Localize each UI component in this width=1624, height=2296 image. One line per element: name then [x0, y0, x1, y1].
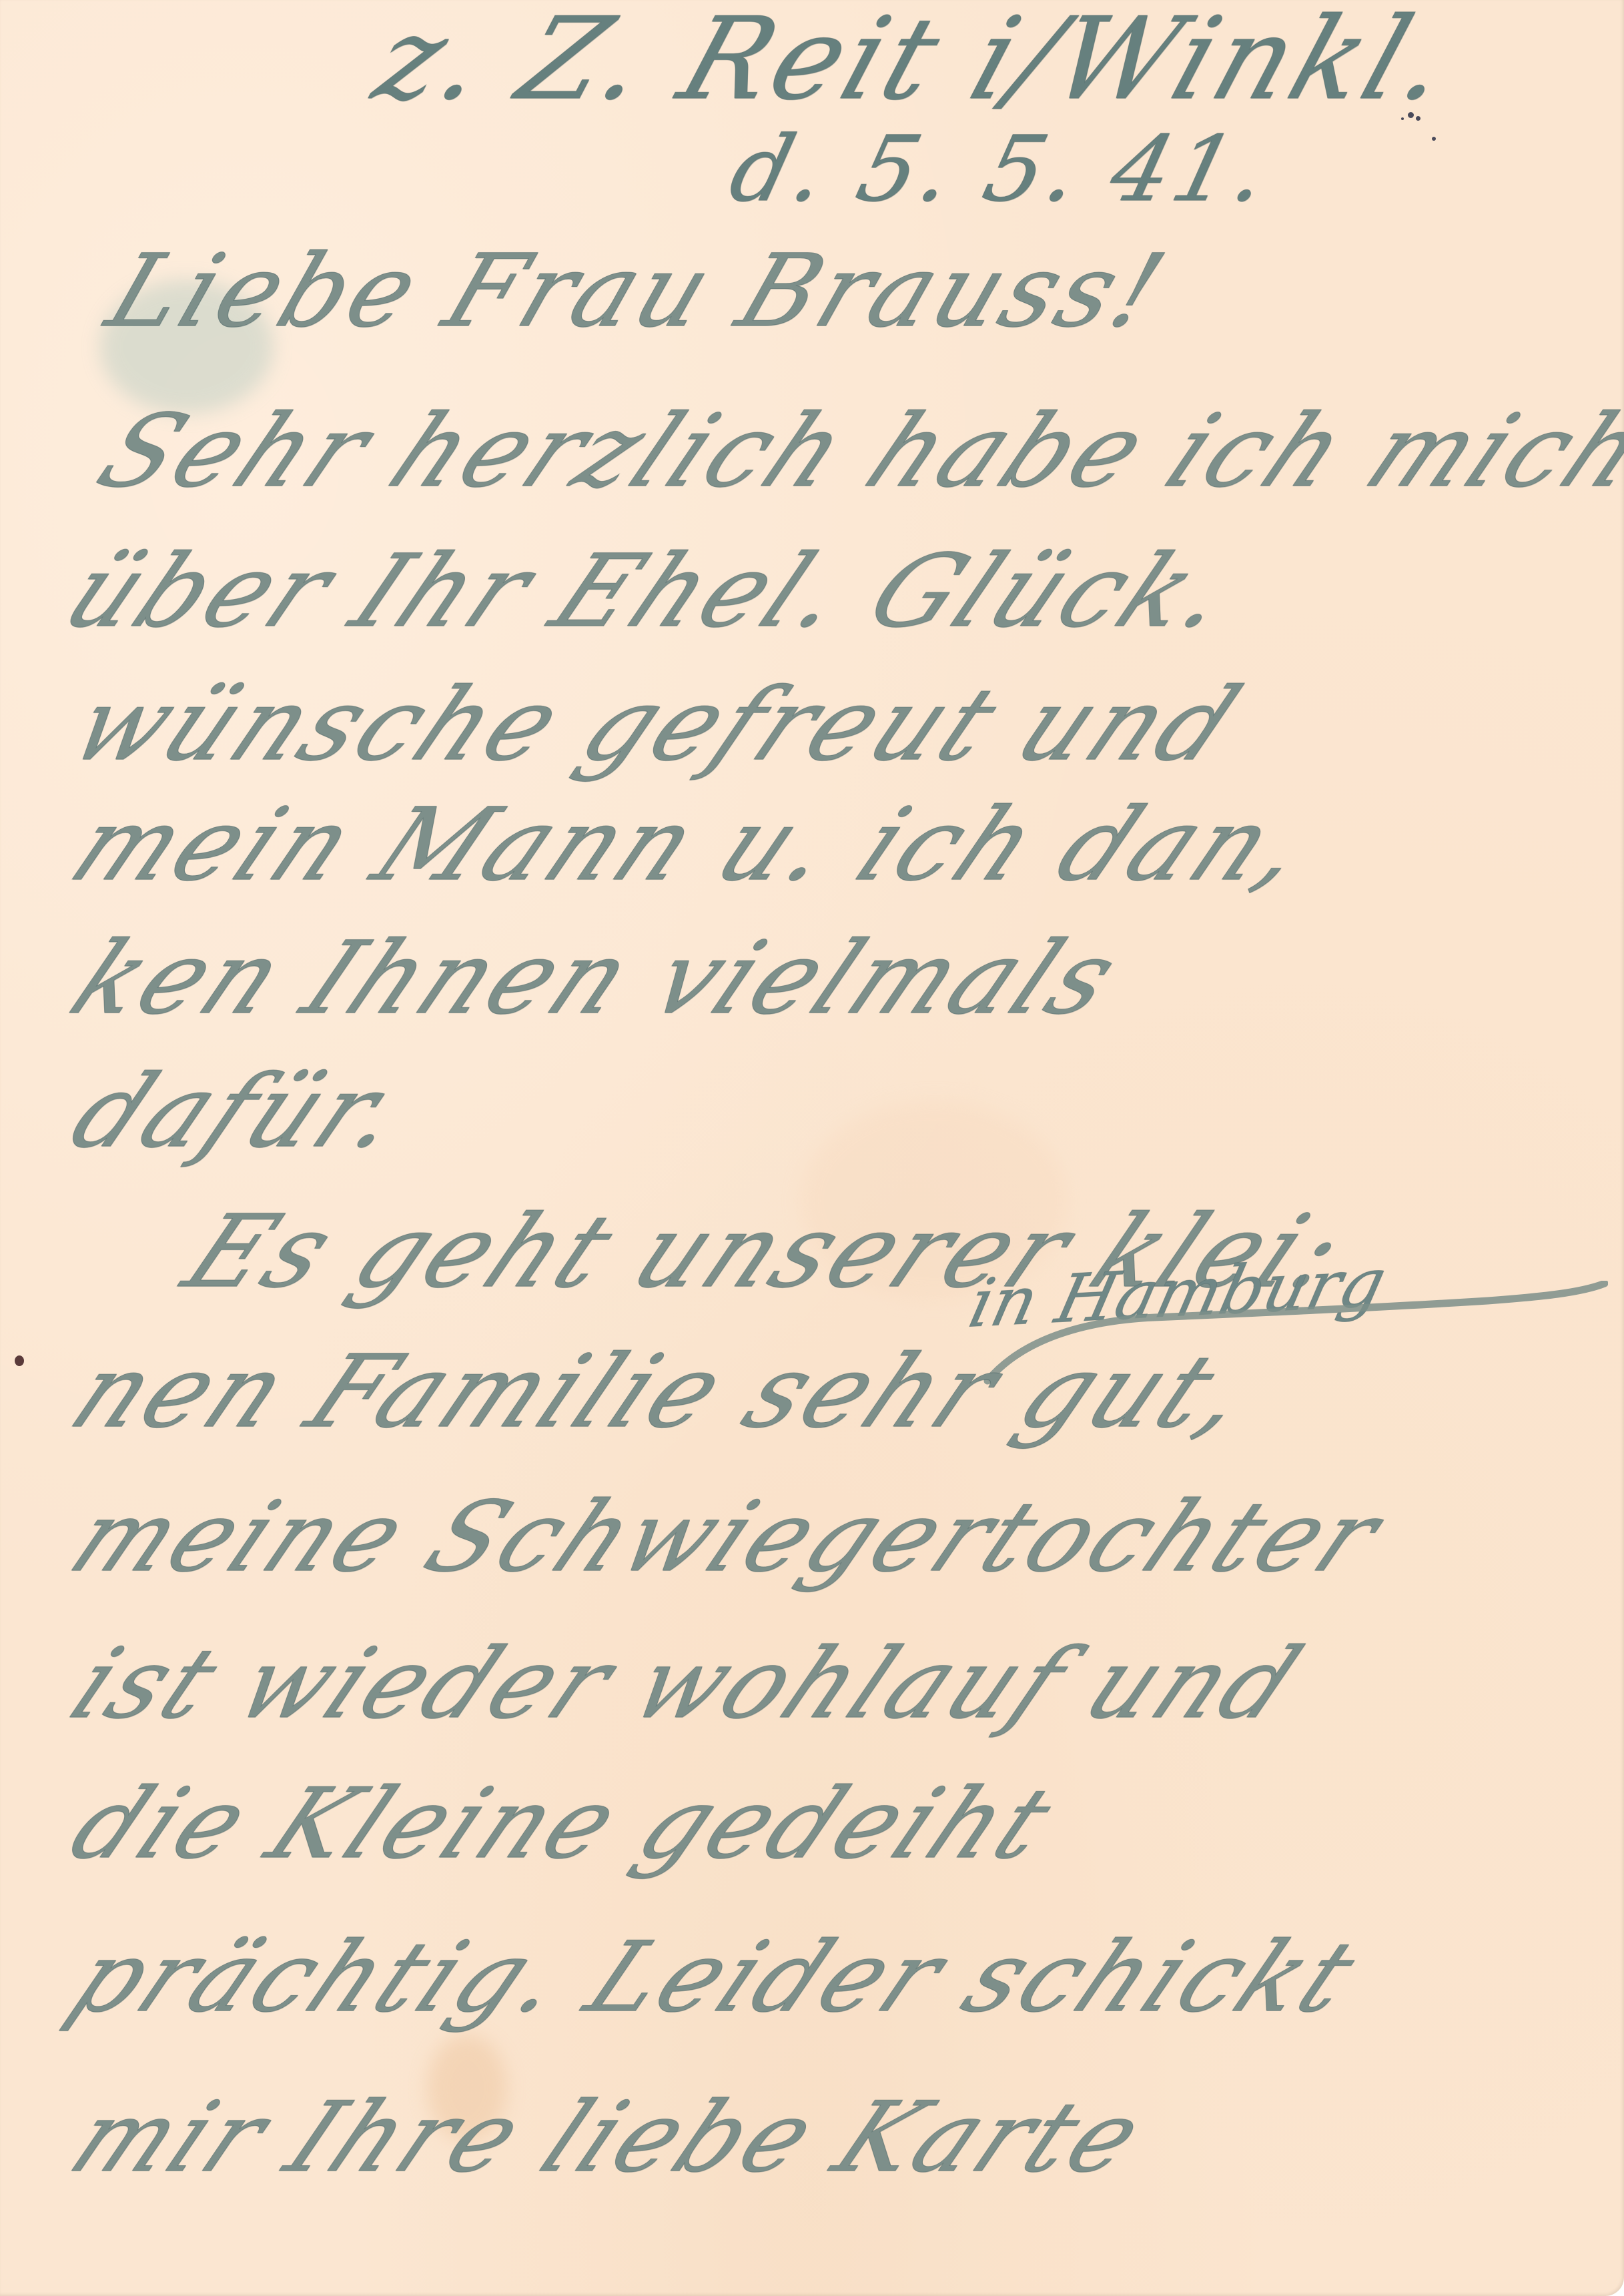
letter-body-line: prächtig. Leider schickt [53, 1921, 1377, 2034]
letter-body-line: meine Schwiegertochter [53, 1481, 1402, 1594]
letter-body-line: mir Ihre liebe Karte [53, 2081, 1164, 2194]
letter-body-line: dafür. [53, 1054, 428, 1170]
letter-body-line: ken Ihnen vielmals [53, 921, 1140, 1037]
letter-date: d. 5. 5. 41. [721, 117, 1282, 221]
letter-body-line: nen Familie sehr gut, [53, 1334, 1274, 1450]
letter-body-line: Sehr herzlich habe ich mich [80, 394, 1624, 510]
ink-speck [1432, 137, 1436, 141]
ink-speck [15, 1355, 24, 1366]
letter-body-line: mein Mann u. ich dan, [53, 787, 1332, 903]
letter-body-line: über Ihr Ehel. Glück. [47, 534, 1256, 650]
postcard-paper: z. Z. Reit i/Winkl. d. 5. 5. 41. Liebe F… [0, 0, 1624, 2296]
letter-body-line: wünsche gefreut und [53, 667, 1260, 783]
letter-salutation: Liebe Frau Brauss! [93, 233, 1182, 350]
letter-body-line: die Kleine gedeiht [53, 1768, 1074, 1880]
letter-location: z. Z. Reit i/Winkl. [360, 0, 1470, 125]
letter-body-line: ist wieder wohlauf und [53, 1628, 1321, 1740]
